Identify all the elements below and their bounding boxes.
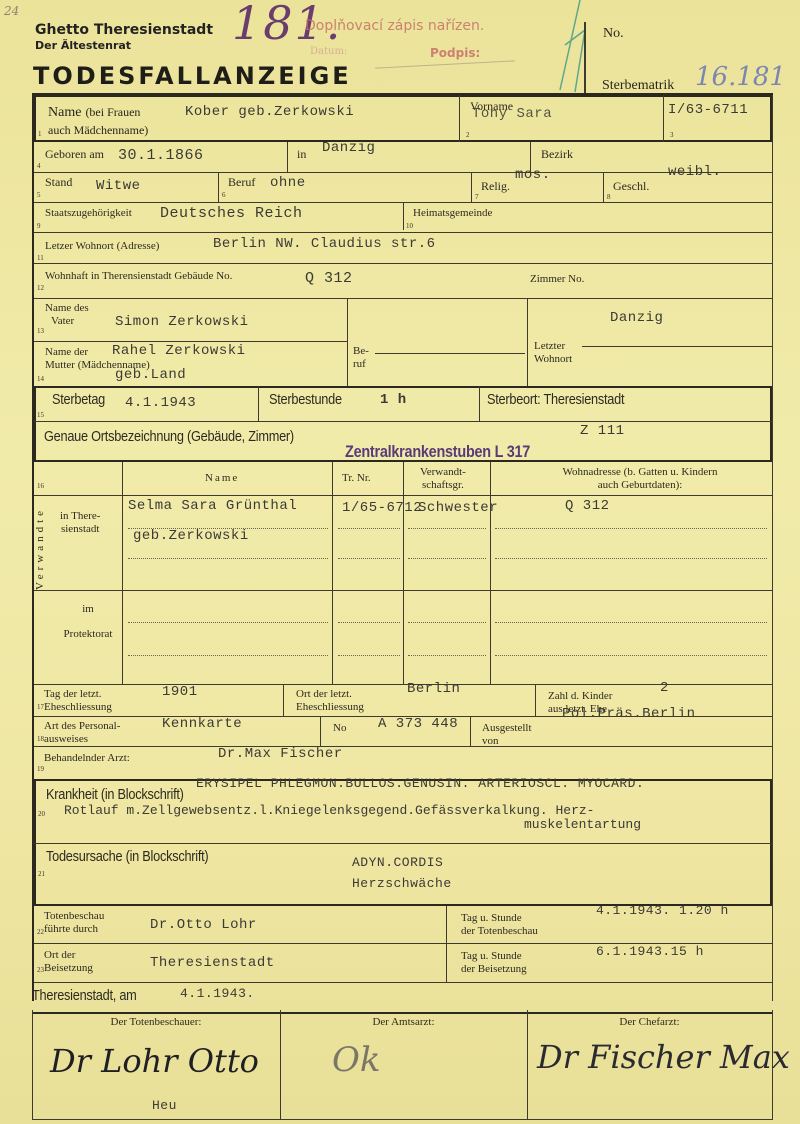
mutter-value: Rahel Zerkowski <box>112 343 246 359</box>
corner-note: 24 <box>4 4 19 18</box>
staatszugehoerigkeit-value: Deutsches Reich <box>160 205 303 222</box>
ausweis-no-label: No <box>333 722 346 735</box>
geburtsort-value: Danzig <box>322 140 375 156</box>
stand-label: Stand <box>45 176 72 190</box>
sterbetag-label: Sterbetag <box>52 391 105 408</box>
stand-value: Witwe <box>96 178 141 194</box>
beruf-value: ohne <box>270 175 306 191</box>
sterbematrik-value: 16.181 <box>695 62 786 92</box>
zimmer-label: Zimmer No. <box>530 273 584 286</box>
beisetzung-label: Ort derBeisetzung <box>44 949 93 974</box>
name-label: Name (bei Frauen auch Mädchenname) <box>48 103 148 139</box>
signature-chefarzt-handwriting: Dr Fischer Max <box>537 1038 790 1076</box>
signature-amtsarzt: Der Amtsarzt: <box>280 1016 527 1029</box>
no-label: No. <box>603 26 624 42</box>
relatives-header-verwandt: Verwandt-schaftsgr. <box>420 466 466 491</box>
wohnhaft-value: Q 312 <box>305 270 353 287</box>
ausweis-art-value: Kennkarte <box>162 716 242 732</box>
green-pencil-mark <box>540 0 590 95</box>
footer-place-label: Theresienstadt, am <box>32 987 137 1004</box>
beisetzung-time-value: 6.1.1943.15 h <box>596 944 704 959</box>
sterbematrik-label: Sterbematrik <box>602 78 674 94</box>
relatives-header-wohnadresse: Wohnadresse (b. Gatten u. Kindernauch Ge… <box>515 466 765 491</box>
group-theresienstadt-label: in There-sienstadt <box>60 510 100 535</box>
signature-amtsarzt-handwriting: Ok <box>332 1040 380 1080</box>
religion-label: Relig. <box>481 180 510 194</box>
name-value: Kober geb.Zerkowski <box>185 104 354 120</box>
relative-trnr: 1/65-6712 <box>342 500 422 516</box>
group-protektorat-label: imProtektorat <box>58 603 118 641</box>
sterbestunde-value: 1 h <box>380 392 407 408</box>
wohnhaft-label: Wohnhaft in Therensienstadt Gebäude No. <box>45 270 232 283</box>
typist-initials: Heu <box>152 1098 177 1113</box>
relative-wohnadresse: Q 312 <box>565 498 610 514</box>
eheschliessung-tag-label: Tag der letzt.Eheschliessung <box>44 688 112 713</box>
beruf-label: Beruf <box>228 176 255 190</box>
geschlecht-value: weibl. <box>668 164 721 180</box>
ortsbezeichnung-label: Genaue Ortsbezeichnung (Gebäude, Zimmer) <box>44 428 294 445</box>
ausweis-art-label: Art des Personal-ausweises <box>44 720 120 745</box>
sterbetag-value: 4.1.1943 <box>125 395 196 411</box>
bezirk-label: Bezirk <box>541 148 573 162</box>
todesursache-line-1: ADYN.CORDIS <box>352 855 443 870</box>
signature-totenbeschauer-handwriting: Dr Lohr Otto <box>50 1042 259 1080</box>
totenbeschau-time-label: Tag u. Stundeder Totenbeschau <box>461 912 538 937</box>
relative-name: geb.Zerkowski <box>133 528 249 544</box>
ausweis-no-value: A 373 448 <box>378 716 458 732</box>
totenbeschau-value: Dr.Otto Lohr <box>150 917 257 933</box>
kinder-value: 2 <box>660 680 669 696</box>
arzt-value: Dr.Max Fischer <box>218 746 343 762</box>
geboren-value: 30.1.1866 <box>118 147 204 164</box>
stamp-line-1: Doplňovací zápis nařízen. <box>305 18 484 34</box>
krankheit-latin: ERYSIPEL PHLEGMON.BULLOS.GENUSIN. ARTERI… <box>196 776 644 791</box>
totenbeschau-time-value: 4.1.1943. 1.20 h <box>596 903 729 918</box>
sterbestunde-label: Sterbestunde <box>269 391 342 408</box>
mutter-maiden-value: geb.Land <box>115 367 186 383</box>
signature-table: Der Totenbeschauer: Dr Lohr Otto Der Amt… <box>32 1010 772 1120</box>
religion-value: mos. <box>515 167 551 183</box>
geboren-label: Geboren am <box>45 148 104 162</box>
ortsbezeichnung-value: Z 111 <box>580 423 625 439</box>
staatszugehoerigkeit-label: Staatszugehörigkeit <box>45 207 132 220</box>
eheschliessung-tag-value: 1901 <box>162 684 198 700</box>
krankheit-label: Krankheit (in Blockschrift) <box>46 786 184 803</box>
todesursache-label: Todesursache (in Blockschrift) <box>46 848 208 865</box>
relatives-header-name: Name <box>205 472 239 485</box>
stamp-date-label: Datum: <box>310 46 347 57</box>
org-subtitle: Der Ältestenrat <box>35 39 131 52</box>
ausgestellt-value: Pol.Präs.Berlin <box>562 706 696 722</box>
totenbeschau-label: Totenbeschauführte durch <box>44 910 104 935</box>
krankheit-line-3: muskelentartung <box>524 817 641 832</box>
eltern-beruf-label: Be-ruf <box>353 345 369 370</box>
krankheit-line-2: Rotlauf m.Zellgewebsentz.l.Kniegelenksge… <box>64 803 595 818</box>
signature-totenbeschauer: Der Totenbeschauer: <box>32 1016 280 1029</box>
geschlecht-label: Geschl. <box>613 180 649 194</box>
vater-label: Name desVater <box>45 302 89 327</box>
approval-stamp: Doplňovací zápis nařízen. Datum: Podpis: <box>305 18 555 78</box>
signature-chefarzt: Der Chefarzt: <box>527 1016 772 1029</box>
ausgestellt-label: Ausgestelltvon <box>482 722 532 747</box>
letzter-wohnort-value: Berlin NW. Claudius str.6 <box>213 236 436 252</box>
footer-date: 4.1.1943. <box>180 986 255 1001</box>
vater-value: Simon Zerkowski <box>115 314 249 330</box>
geburtsort-label: in <box>297 148 306 162</box>
krankenstube-stamp: Zentralkrankenstuben L 317 <box>345 442 530 462</box>
eltern-wohnort-value: Danzig <box>610 310 663 326</box>
stamp-line-2: Podpis: <box>430 46 480 60</box>
relatives-side-label: Verwandte <box>34 507 47 590</box>
relative-verwandt: Schwester <box>418 500 498 516</box>
relatives-header-trnr: Tr. Nr. <box>342 472 371 485</box>
arzt-label: Behandelnder Arzt: <box>44 752 130 765</box>
form-title: TODESFALLANZEIGE <box>33 62 352 90</box>
eltern-wohnort-label: LetzterWohnort <box>534 340 572 365</box>
org-name: Ghetto Theresienstadt <box>35 22 213 38</box>
sterbeort-label: Sterbeort: Theresienstadt <box>487 391 624 408</box>
transport-number: I/63-6711 <box>668 102 748 118</box>
todesursache-line-2: Herzschwäche <box>352 876 452 891</box>
vorname-value: Tony Sara <box>472 106 552 122</box>
heimatsgemeinde-label: Heimatsgemeinde <box>413 207 492 220</box>
relative-name: Selma Sara Grünthal <box>128 498 297 514</box>
beisetzung-value: Theresienstadt <box>150 955 275 971</box>
beisetzung-time-label: Tag u. Stundeder Beisetzung <box>461 950 527 975</box>
eheschliessung-ort-label: Ort der letzt.Eheschliessung <box>296 688 364 713</box>
eheschliessung-ort-value: Berlin <box>407 681 460 697</box>
letzter-wohnort-label: Letzer Wohnort (Adresse) <box>45 240 159 253</box>
